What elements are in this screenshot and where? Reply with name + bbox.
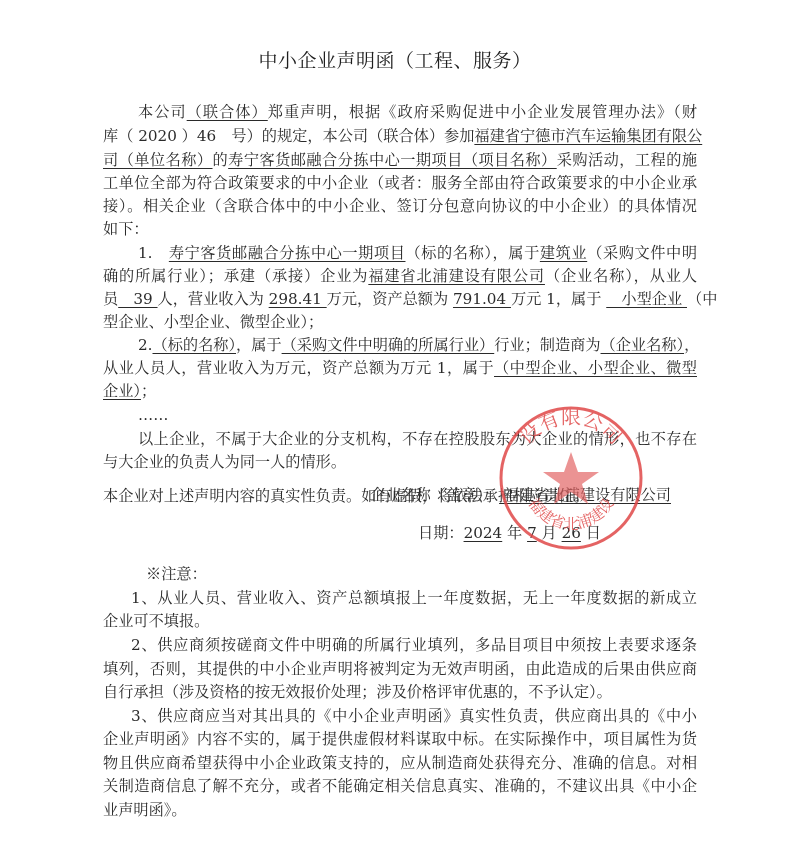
filled-field: 39 xyxy=(118,290,157,308)
filled-field: 寿宁客货邮融合分拣中心一期项目 xyxy=(169,244,406,262)
filled-field: （企业名称） xyxy=(601,336,685,354)
text-segment: 如下： xyxy=(103,220,149,238)
filled-field: 福建省宁德市汽车运输集团有限公 xyxy=(474,127,702,145)
text-segment: 员 xyxy=(103,290,118,308)
text-segment: 行业；制造商为 xyxy=(494,336,600,354)
date-day: 26 xyxy=(562,524,581,542)
text-segment: 与大企业的负责人为同一人的情形。 xyxy=(103,453,346,471)
text-segment: 1、从业人员、营业收入、资产总额填报上一年度数据，无上一年度数据的新成立 xyxy=(131,589,697,607)
text-segment: ※注意： xyxy=(146,565,207,583)
filled-field: （标的名称） xyxy=(153,336,237,354)
item1-line: 员 39 人，营业收入为 298.41 万元，资产总额为 791.04 万元 1… xyxy=(103,288,697,310)
date-month: 7 xyxy=(527,524,537,542)
item2-line: 企业）； xyxy=(103,380,697,402)
company-signature-line: 企业名称（盖章）： 福建省北浦建设有限公司 xyxy=(370,484,671,506)
text-segment: 1. xyxy=(138,244,169,262)
text-segment: 人，营业收入为 xyxy=(158,290,269,308)
text-segment: 工单位全部为符合政策要求的中小企业（或者：服务全部由符合政策要求的中小企业承 xyxy=(103,174,697,192)
text-segment: 的 xyxy=(213,151,229,169)
text-segment: ； xyxy=(141,382,156,400)
date-line: 日期：2024 年 7 月 26 日 xyxy=(418,522,601,544)
text-segment: 2、供应商须按磋商文件中明确的所属行业填列，多品目项目中须按上表要求逐条 xyxy=(131,636,697,654)
filled-field: 寿宁客货邮融合分拣中心一期项目（项目名称） xyxy=(228,151,557,169)
filled-field: 司（单位名称） xyxy=(103,151,213,169)
declaration-line: 司（单位名称）的寿宁客货邮融合分拣中心一期项目（项目名称）采购活动，工程的施 xyxy=(103,149,697,171)
item2-line: 从业人员人，营业收入为万元，资产总额为万元 1，属于（中型企业、小型企业、微型 xyxy=(103,357,697,379)
text-segment: 确的所属行业）；承建（承接）企业为 xyxy=(103,267,368,285)
text-segment: 业声明函》。 xyxy=(103,801,187,819)
text-segment: 型企业、小型企业、微型企业）； xyxy=(103,313,323,331)
statement-line: 与大企业的负责人为同一人的情形。 xyxy=(103,451,697,473)
ellipsis: …… xyxy=(138,404,697,426)
text-segment: 企业声明函》内容不实的，属于提供虚假材料谋取中标。在实际操作中，项目属性为货 xyxy=(103,730,697,748)
text-segment: （标的名称），属于 xyxy=(405,244,539,262)
text-segment: 关制造商信息了解不充分，或者不能确定相关信息真实、准确的，不建议出具《中小企 xyxy=(103,777,697,795)
text-segment: 2. xyxy=(138,336,153,354)
filled-field: （采购文件中明确的所属行业） xyxy=(282,336,495,354)
note-line: 填列，否则，其提供的中小企业声明将被判定为无效声明函，由此造成的后果由供应商 xyxy=(103,658,697,680)
item1-line: 确的所属行业）；承建（承接）企业为福建省北浦建设有限公司（企业名称），从业人 xyxy=(103,265,697,287)
notes-heading: ※注意： xyxy=(146,563,740,585)
note-line: 关制造商信息了解不充分，或者不能确定相关信息真实、准确的，不建议出具《中小企 xyxy=(103,775,697,797)
filled-field: 建筑业 xyxy=(540,244,587,262)
filled-field: 小型企业 xyxy=(606,290,687,308)
declaration-line: 接）。相关企业（含联合体中的中小企业、签订分包意向协议的中小企业）的具体情况 xyxy=(103,195,697,217)
signature-company: 福建省北浦建设有限公司 xyxy=(499,486,671,504)
declaration-line: 本公司（联合体）郑重声明，根据《政府采购促进中小企业发展管理办法》（财 xyxy=(138,101,697,123)
text-segment: 万元 1，属于 xyxy=(511,290,606,308)
filled-field: （联合体） xyxy=(187,103,268,121)
text-segment: 以上企业，不属于大企业的分支机构，不存在控股股东为大企业的情形，也不存在 xyxy=(138,430,697,448)
text-segment: 本公司 xyxy=(138,103,187,121)
item1-line: 型企业、小型企业、微型企业）； xyxy=(103,311,697,333)
text-segment: 从业人员人，营业收入为万元，资产总额为万元 1，属于 xyxy=(103,359,494,377)
text-segment: …… xyxy=(138,406,168,424)
document-page: 中小企业声明函（工程、服务） 本公司（联合体）郑重声明，根据《政府采购促进中小企… xyxy=(0,0,790,857)
text-segment: 采购活动，工程的施 xyxy=(557,151,697,169)
item2-line: 2.（标的名称），属于（采购文件中明确的所属行业）行业；制造商为（企业名称）， xyxy=(138,334,697,356)
text-segment: （企业名称），从业人 xyxy=(545,267,697,285)
text-segment: ， xyxy=(684,336,699,354)
filled-field: 福建省北浦建设有限公司 xyxy=(368,267,545,285)
filled-field: （中型企业、小型企业、微型 xyxy=(494,359,697,377)
text-segment: 郑重声明，根据《政府采购促进中小企业发展管理办法》（财 xyxy=(268,103,697,121)
declaration-line: 工单位全部为符合政策要求的中小企业（或者：服务全部由符合政策要求的中小企业承 xyxy=(103,172,697,194)
text-segment: 3、供应商应当对其出具的《中小企业声明函》真实性负责，供应商出具的《中小 xyxy=(131,707,697,725)
text-segment: 库（ 2020 ）46 号）的规定，本公司（联合体）参加 xyxy=(103,127,474,145)
filled-field: 791.04 xyxy=(453,290,511,308)
note-line: 1、从业人员、营业收入、资产总额填报上一年度数据，无上一年度数据的新成立 xyxy=(131,587,697,609)
filled-field: 企业） xyxy=(103,382,141,400)
text-segment: ，属于 xyxy=(236,336,282,354)
note-line: 2、供应商须按磋商文件中明确的所属行业填列，多品目项目中须按上表要求逐条 xyxy=(131,634,697,656)
note-line: 企业声明函》内容不实的，属于提供虚假材料谋取中标。在实际操作中，项目属性为货 xyxy=(103,728,697,750)
declaration-line: 库（ 2020 ）46 号）的规定，本公司（联合体）参加福建省宁德市汽车运输集团… xyxy=(103,125,697,147)
text-segment: 接）。相关企业（含联合体中的中小企业、签订分包意向协议的中小企业）的具体情况 xyxy=(103,197,697,215)
document-title: 中小企业声明函（工程、服务） xyxy=(0,46,790,73)
date-label: 日期： xyxy=(418,524,464,542)
text-segment: 填列，否则，其提供的中小企业声明将被判定为无效声明函，由此造成的后果由供应商 xyxy=(103,660,697,678)
note-line: 自行承担（涉及资格的按无效报价处理；涉及价格评审优惠的，不予认定）。 xyxy=(103,681,697,703)
text-segment: （中 xyxy=(687,290,717,308)
note-line: 物且供应商希望获得中小企业政策支持的，应从制造商处获得充分、准确的信息。对相 xyxy=(103,752,697,774)
text-segment: 企业可不填报。 xyxy=(103,612,209,630)
text-segment: （采购文件中明 xyxy=(587,244,697,262)
text-segment: 物且供应商希望获得中小企业政策支持的，应从制造商处获得充分、准确的信息。对相 xyxy=(103,754,697,772)
declaration-line: 如下： xyxy=(103,218,697,240)
date-year: 2024 xyxy=(464,524,503,542)
statement-line: 以上企业，不属于大企业的分支机构，不存在控股股东为大企业的情形，也不存在 xyxy=(138,428,697,450)
note-line: 3、供应商应当对其出具的《中小企业声明函》真实性负责，供应商出具的《中小 xyxy=(131,705,697,727)
signature-label: 企业名称（盖章）： xyxy=(370,486,499,504)
note-line: 企业可不填报。 xyxy=(103,610,697,632)
filled-field: 298.41 xyxy=(269,290,327,308)
text-segment: 自行承担（涉及资格的按无效报价处理；涉及价格评审优惠的，不予认定）。 xyxy=(103,683,612,701)
text-segment: 万元，资产总额为 xyxy=(327,290,453,308)
note-line: 业声明函》。 xyxy=(103,799,697,821)
item1-line: 1. 寿宁客货邮融合分拣中心一期项目（标的名称），属于建筑业（采购文件中明 xyxy=(138,242,697,264)
